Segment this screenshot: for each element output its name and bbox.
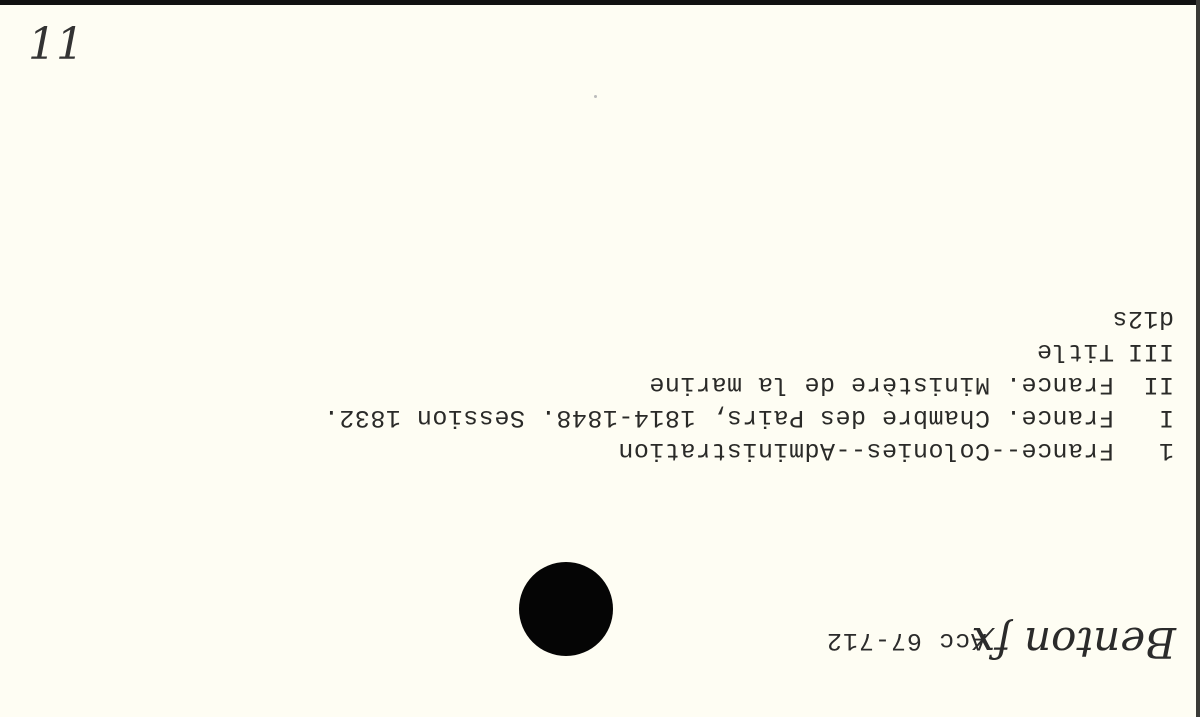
handwritten-name: Benton fx <box>971 618 1176 667</box>
tracing-line: III Title <box>323 335 1174 368</box>
footer-code-line: d12s <box>323 302 1174 335</box>
tracing-text: France. Ministère de la marine <box>649 368 1114 401</box>
tracing-number: II <box>1114 368 1174 401</box>
tracing-number: III <box>1114 335 1174 368</box>
card-content-rotated: Benton fx Acc 67-712 1 France--Colonies-… <box>0 5 1196 717</box>
footer-code: d12s <box>1112 302 1174 335</box>
catalog-card: 11 Benton fx Acc 67-712 1 France--Coloni… <box>0 5 1196 717</box>
tracing-number: 1 <box>1114 434 1174 467</box>
tracing-line: I France. Chambre des Pairs, 1814-1848. … <box>323 401 1174 434</box>
tracings-list: 1 France--Colonies--Administration I Fra… <box>323 302 1174 467</box>
tracing-text: France--Colonies--Administration <box>618 434 1114 467</box>
tracing-number: I <box>1114 401 1174 434</box>
tracing-line: II France. Ministère de la marine <box>323 368 1174 401</box>
accession-number: Acc 67-712 <box>826 626 986 655</box>
card-right-edge <box>1196 0 1200 717</box>
tracing-line: 1 France--Colonies--Administration <box>323 434 1174 467</box>
tracing-text: Title <box>1036 335 1114 368</box>
tracing-text: France. Chambre des Pairs, 1814-1848. Se… <box>323 401 1114 434</box>
